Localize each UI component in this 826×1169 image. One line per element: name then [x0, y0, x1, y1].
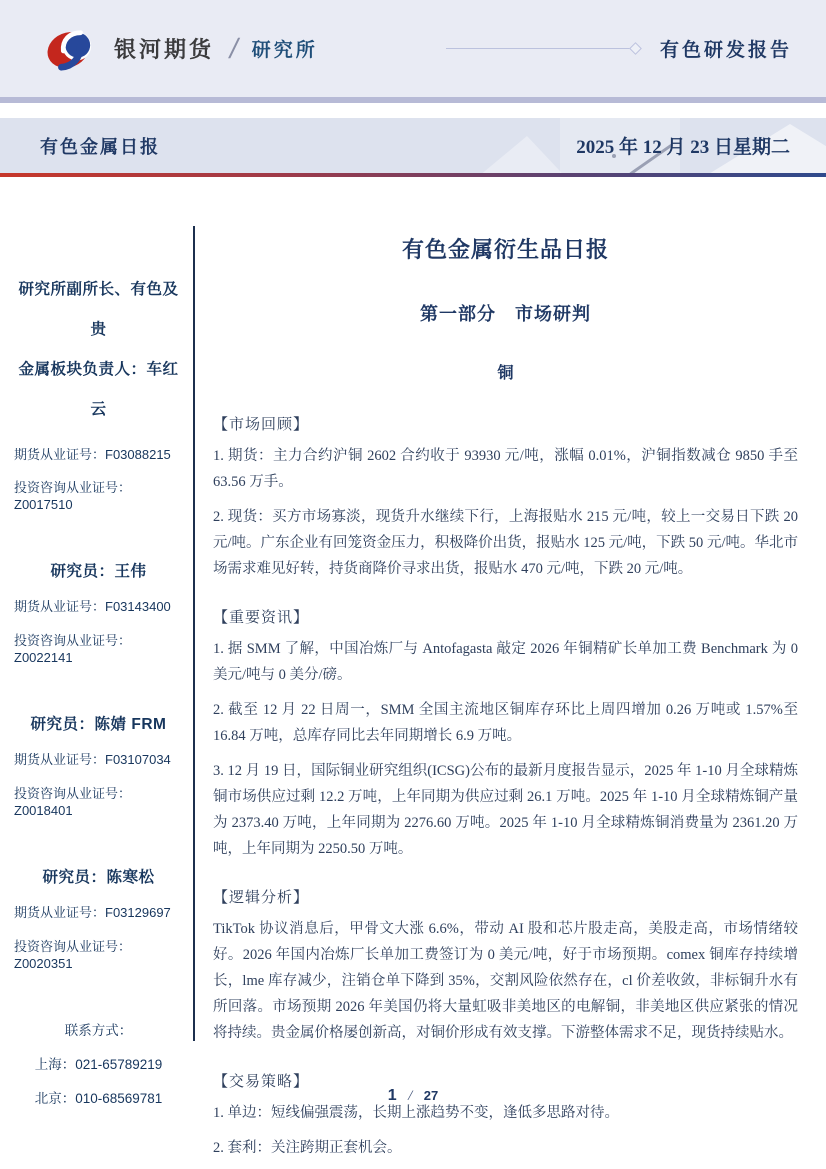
content-area: 研究所副所长、有色及贵 金属板块负责人：车红云 期货从业证号：F03088215… [0, 177, 826, 1169]
block-heading: 【逻辑分析】 [213, 886, 798, 907]
paragraph: TikTok 协议消息后，甲骨文大涨 6.6%，带动 AI 股和芯片股走高，美股… [213, 916, 798, 1046]
report-date: 2025 年 12 月 23 日星期二 [576, 132, 790, 159]
trading-strategy-block: 【交易策略】 1. 单边：短线偏强震荡，长期上涨趋势不变，逢低多思路对待。 2.… [213, 1070, 798, 1161]
diamond-marker-icon [629, 42, 642, 55]
authors-sidebar: 研究所副所长、有色及贵 金属板块负责人：车红云 期货从业证号：F03088215… [0, 177, 193, 1169]
brand-slash-divider: / [227, 33, 242, 65]
researcher-consult-license: 投资咨询从业证号：Z0020351 [14, 938, 183, 972]
researcher-consult-license: 投资咨询从业证号：Z0022141 [14, 632, 183, 666]
contact-shanghai: 上海：021-65789219 [14, 1056, 183, 1073]
director-title-line1: 研究所副所长、有色及贵 [14, 270, 183, 350]
researcher-futures-license: 期货从业证号：F03129697 [14, 904, 183, 921]
date-band: 有色金属日报 2025 年 12 月 23 日星期二 [0, 118, 826, 173]
main-column: 有色金属衍生品日报 第一部分 市场研判 铜 【市场回顾】 1. 期货：主力合约沪… [195, 177, 826, 1169]
watermark-triangle-small [455, 136, 575, 173]
paragraph: 1. 期货：主力合约沪铜 2602 合约收于 93930 元/吨，涨幅 0.01… [213, 443, 798, 495]
paragraph: 2. 现货：买方市场寡淡，现货升水继续下行，上海报贴水 215 元/吨，较上一交… [213, 504, 798, 582]
researcher-name: 研究员：王伟 [14, 559, 183, 581]
document-title: 有色金属衍生品日报 [213, 233, 798, 264]
total-page-count: 27 [424, 1088, 438, 1103]
market-review-block: 【市场回顾】 1. 期货：主力合约沪铜 2602 合约收于 93930 元/吨，… [213, 413, 798, 582]
banner-gap [0, 103, 826, 118]
block-heading: 【重要资讯】 [213, 606, 798, 627]
top-banner: 银河期货 / 研究所 有色研发报告 [0, 0, 826, 97]
director-consult-license: 投资咨询从业证号：Z0017510 [14, 479, 183, 513]
section-title: 第一部分 市场研判 [213, 300, 798, 326]
director-futures-license: 期货从业证号：F03088215 [14, 446, 183, 463]
logic-analysis-block: 【逻辑分析】 TikTok 协议消息后，甲骨文大涨 6.6%，带动 AI 股和芯… [213, 886, 798, 1046]
paragraph: 2. 套利：关注跨期正套机会。 [213, 1135, 798, 1161]
researcher-name: 研究员：陈婧 FRM [14, 712, 183, 734]
page-footer: 1 / 27 [0, 1087, 826, 1105]
brand-unit-name: 研究所 [252, 35, 318, 62]
galaxy-futures-logo-icon [42, 26, 100, 72]
paragraph: 3. 12 月 19 日，国际铜业研究组织(ICSG)公布的最新月度报告显示，2… [213, 758, 798, 862]
director-block: 研究所副所长、有色及贵 金属板块负责人：车红云 期货从业证号：F03088215… [14, 270, 183, 513]
report-page: 银河期货 / 研究所 有色研发报告 有色金属日报 2025 年 12 月 23 … [0, 0, 826, 1169]
director-title-line2: 金属板块负责人：车红云 [14, 350, 183, 430]
contact-label: 联系方式： [14, 1022, 183, 1039]
report-body: 【市场回顾】 1. 期货：主力合约沪铜 2602 合约收于 93930 元/吨，… [213, 413, 798, 1161]
report-type-label: 有色研发报告 [660, 35, 792, 62]
commodity-title: 铜 [213, 360, 798, 383]
current-page-number: 1 [388, 1087, 397, 1104]
page-separator: / [408, 1088, 412, 1104]
block-heading: 【市场回顾】 [213, 413, 798, 434]
brand-name: 银河期货 [114, 33, 214, 64]
paragraph: 1. 据 SMM 了解，中国冶炼厂与 Antofagasta 敲定 2026 年… [213, 636, 798, 688]
banner-right-decoration: 有色研发报告 [446, 35, 792, 62]
decorative-line [446, 48, 632, 49]
key-news-block: 【重要资讯】 1. 据 SMM 了解，中国冶炼厂与 Antofagasta 敲定… [213, 606, 798, 862]
researcher-block: 研究员：王伟 期货从业证号：F03143400 投资咨询从业证号：Z002214… [14, 559, 183, 666]
researcher-block: 研究员：陈婧 FRM 期货从业证号：F03107034 投资咨询从业证号：Z00… [14, 712, 183, 819]
researcher-block: 研究员：陈寒松 期货从业证号：F03129697 投资咨询从业证号：Z00203… [14, 865, 183, 972]
researcher-futures-license: 期货从业证号：F03143400 [14, 598, 183, 615]
report-series-title: 有色金属日报 [40, 133, 160, 159]
paragraph: 2. 截至 12 月 22 日周一，SMM 全国主流地区铜库存环比上周四增加 0… [213, 697, 798, 749]
researcher-consult-license: 投资咨询从业证号：Z0018401 [14, 785, 183, 819]
researcher-name: 研究员：陈寒松 [14, 865, 183, 887]
researcher-futures-license: 期货从业证号：F03107034 [14, 751, 183, 768]
